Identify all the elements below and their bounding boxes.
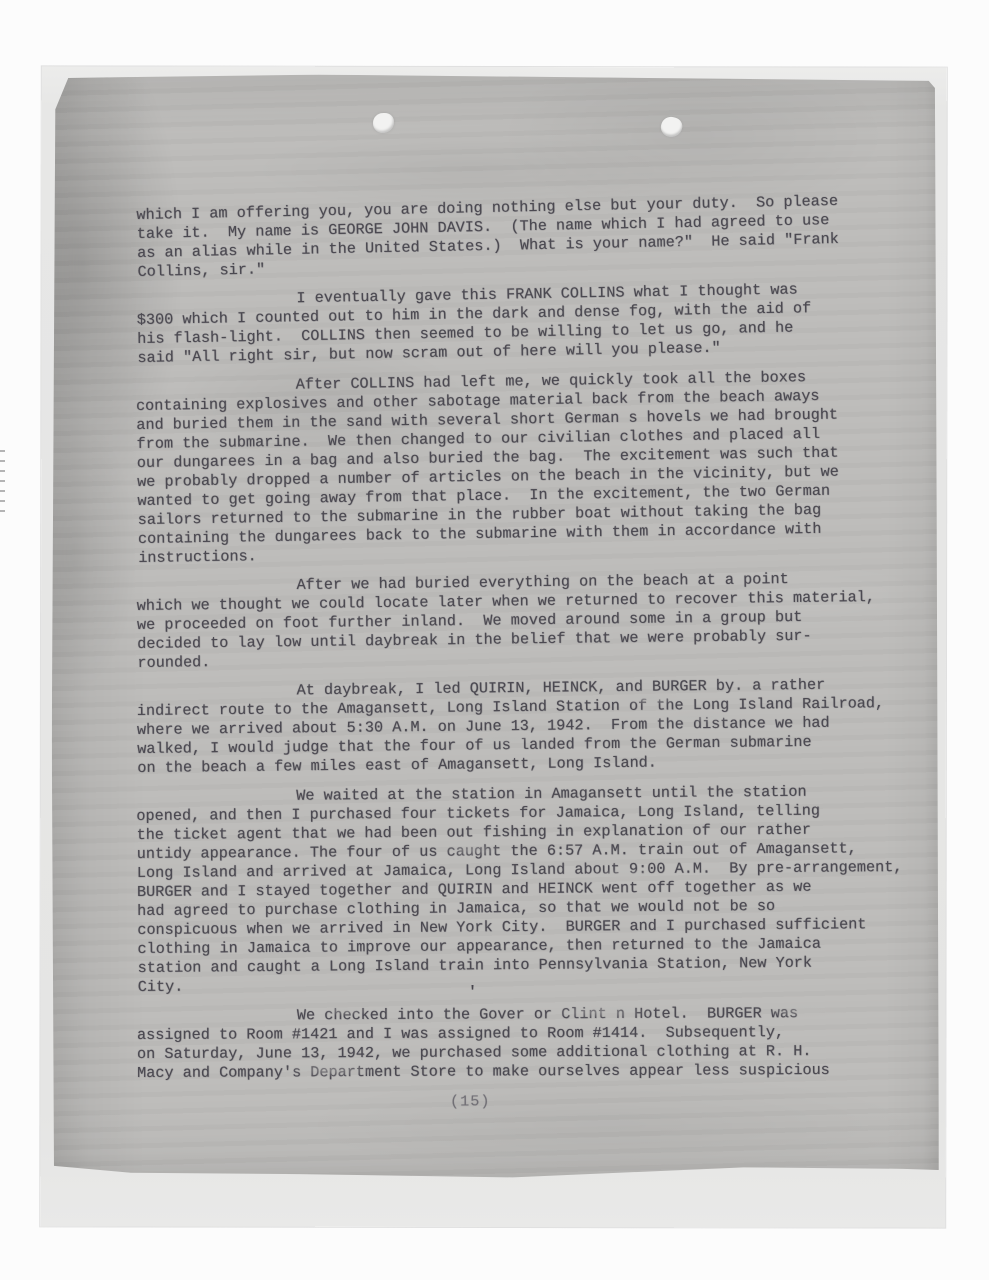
paragraph: After we had buried everything on the be… [136, 568, 937, 673]
scan-root: { "document": { "type": "scanned typewri… [0, 0, 989, 1280]
page-number: (15) [137, 1092, 491, 1111]
paragraph: At daybreak, I led QUIRIN, HEINCK, and B… [137, 675, 938, 778]
paragraph: I eventually gave this FRANK COLLINS wha… [136, 278, 937, 368]
paragraph: We waited at the station in Amagansett u… [136, 782, 938, 997]
left-margin-marks [0, 450, 5, 512]
stray-ink-mark: ' [468, 984, 477, 1001]
paragraph: After COLLINS had left me, we quickly to… [136, 366, 939, 568]
paragraph: which I am offering you, you are doing n… [136, 190, 937, 282]
scanned-document: which I am offering you, you are doing n… [0, 0, 989, 1280]
paragraph: We checked into the Gover or Clint n Hot… [137, 1004, 937, 1083]
text-block: which I am offering you, you are doing n… [137, 206, 937, 1093]
